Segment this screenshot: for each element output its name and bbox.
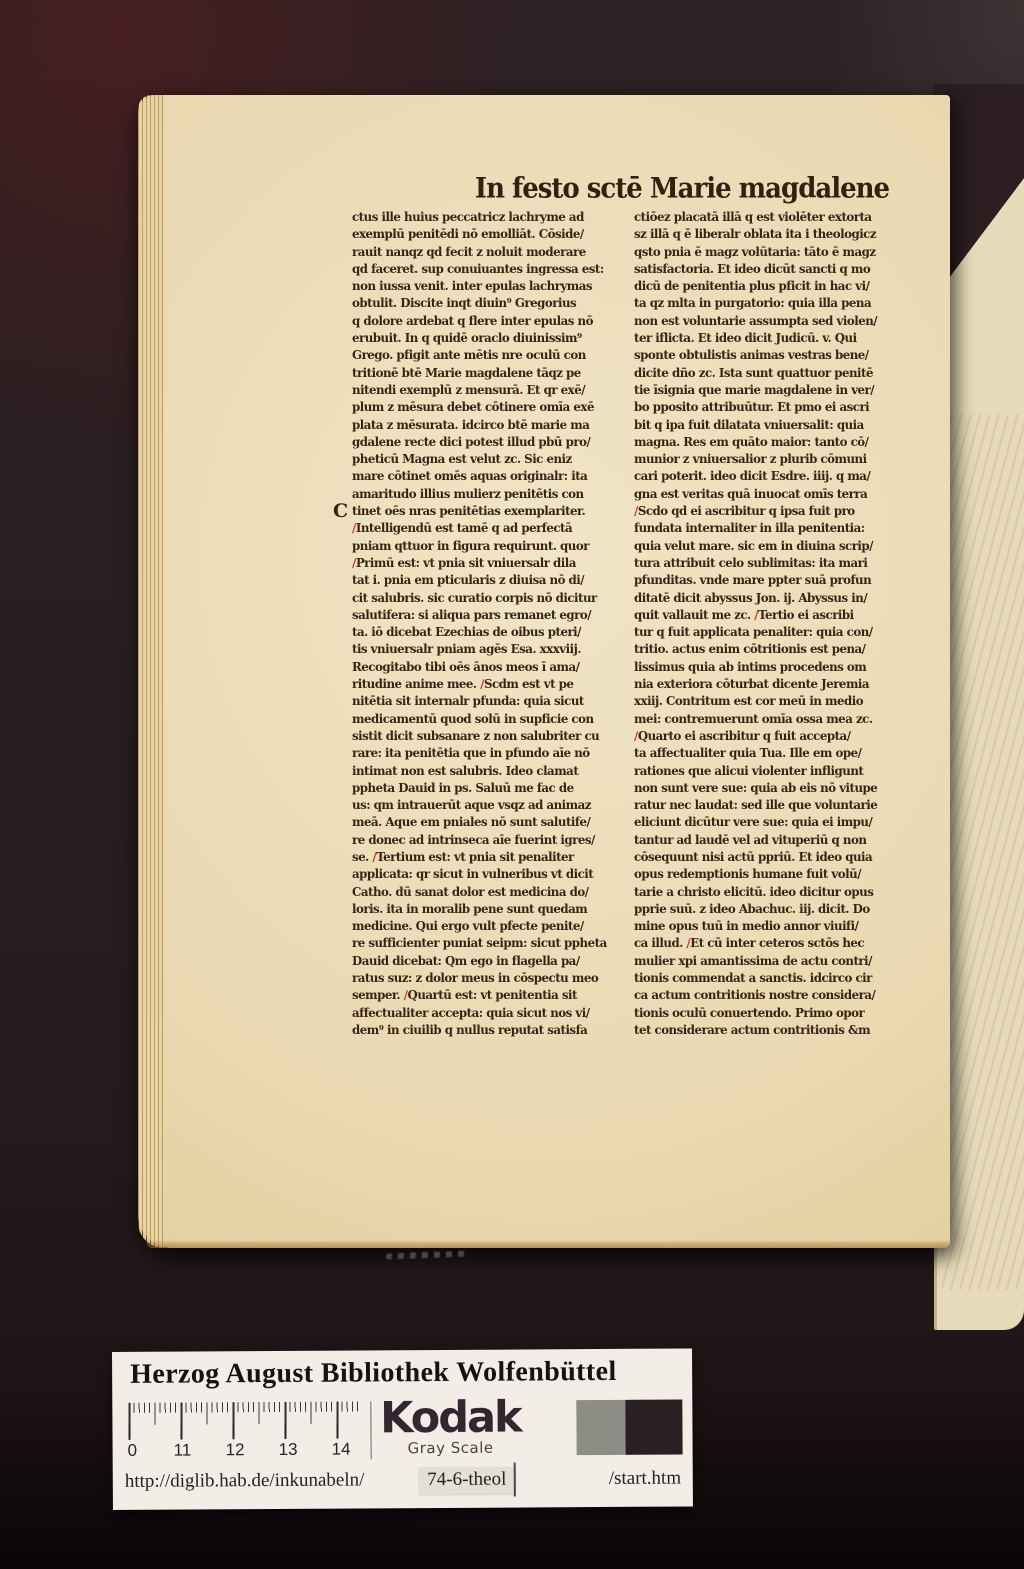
text-column-left: ctus ille huius peccatricz lachryme adex… — [352, 209, 620, 1044]
page-title: In festo sctē Marie magdalene — [452, 173, 912, 205]
black-patch — [625, 1400, 682, 1455]
kodak-logo: Kodak Gray Scale — [374, 1397, 526, 1457]
gray-scale-patch — [576, 1400, 625, 1455]
page-bottom-edge — [146, 1241, 950, 1248]
library-label: Herzog August Bibliothek Wolfenbüttel 0 … — [112, 1348, 693, 1510]
ruler-number-12: 12 — [226, 1440, 245, 1460]
ruler-number-13: 13 — [279, 1440, 298, 1460]
start-link-text: /start.htm — [609, 1468, 681, 1490]
divider-tick — [514, 1463, 516, 1497]
paragraph-mark: C — [333, 500, 348, 522]
ruler: 0 11 12 13 14 — [124, 1401, 371, 1461]
shelfmark-text: 74-6-theol — [419, 1467, 515, 1495]
text-column-right: ctiōez placatā illā q est violēter extor… — [634, 209, 914, 1044]
ruler-ticks — [128, 1401, 362, 1439]
kodak-wordmark: Kodak — [374, 1397, 526, 1438]
ruler-number-11: 11 — [174, 1441, 192, 1461]
ruler-number-0: 0 — [128, 1441, 138, 1461]
base-url-text: http://diglib.hab.de/inkunabeln/ — [125, 1469, 365, 1492]
label-title: Herzog August Bibliothek Wolfenbüttel — [130, 1356, 682, 1391]
page-edge-stack — [138, 95, 164, 1248]
show-through-text — [942, 414, 1024, 1290]
ruler-number-14: 14 — [332, 1440, 351, 1460]
